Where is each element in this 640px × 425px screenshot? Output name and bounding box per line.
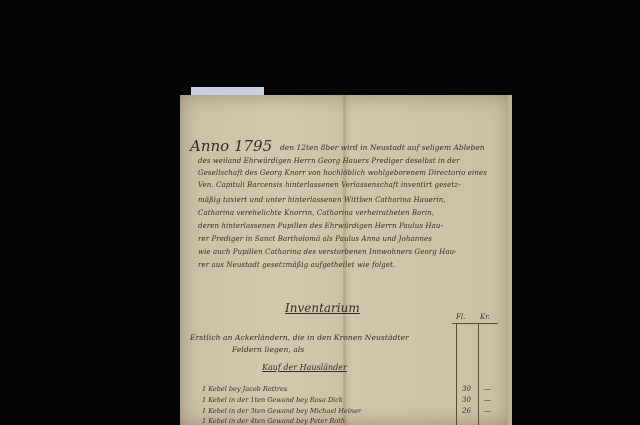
item-amount-fl: 30	[462, 396, 471, 404]
column-divider	[456, 323, 457, 425]
item-amount-fl: 26	[462, 407, 471, 415]
body-line: wie auch Pupillen Catharina des verstorb…	[198, 248, 457, 256]
body-line: mäßig taxiert und unter hinterlassenen W…	[198, 196, 446, 204]
inventory-item: 1 Kebel in der 1ten Gewand bey Rosa Dick	[202, 396, 343, 404]
column-header-fl: Fl.	[456, 313, 465, 321]
intro-line: Erstlich an Ackerländern, die in den Kro…	[190, 333, 409, 342]
item-amount-kr: —	[484, 407, 491, 415]
column-header-kr: Kr.	[480, 313, 490, 321]
inventory-item: 1 Kebel bey Jacob Rottres	[202, 385, 287, 393]
body-line: des weiland Ehrwürdigen Herrn Georg Haue…	[198, 157, 460, 165]
inventory-item: 1 Kebel in der 3ten Gewand bey Michael H…	[202, 407, 361, 415]
body-line: Ven. Capituli Barcensis hinterlassenen V…	[198, 181, 461, 189]
column-divider	[478, 323, 479, 425]
opening-year: Anno 1795	[190, 137, 272, 155]
manuscript-page: Anno 1795 den 12ten 8ber wird in Neustad…	[180, 95, 510, 425]
item-amount-kr: —	[484, 385, 491, 393]
intro-line: Feldern liegen, als	[232, 345, 304, 354]
opening-line: den 12ten 8ber wird in Neustadt auf seli…	[280, 143, 485, 152]
item-amount-fl: 30	[462, 385, 471, 393]
body-line: rer aus Neustadt gesetzmäßig aufgetheile…	[198, 261, 395, 269]
column-header-rule	[452, 323, 498, 324]
body-line: rer Prediger in Sanct Bartholomä als Pau…	[198, 235, 432, 243]
section-subheading: Kauf der Hausländer	[262, 363, 347, 372]
body-line: deren hinterlassenen Pupillen des Ehrwür…	[198, 222, 443, 230]
inventory-heading: Inventarium	[285, 301, 360, 315]
inventory-item: 1 Kebel in der 4ten Gewand bey Peter Rot…	[202, 417, 345, 425]
page-edge	[508, 95, 512, 425]
item-amount-kr: —	[484, 396, 491, 404]
body-line: Gesellschaft des Georg Knorr von hochlöb…	[198, 169, 487, 177]
body-line: Catharina verehelichte Knorrin, Catharin…	[198, 209, 434, 217]
